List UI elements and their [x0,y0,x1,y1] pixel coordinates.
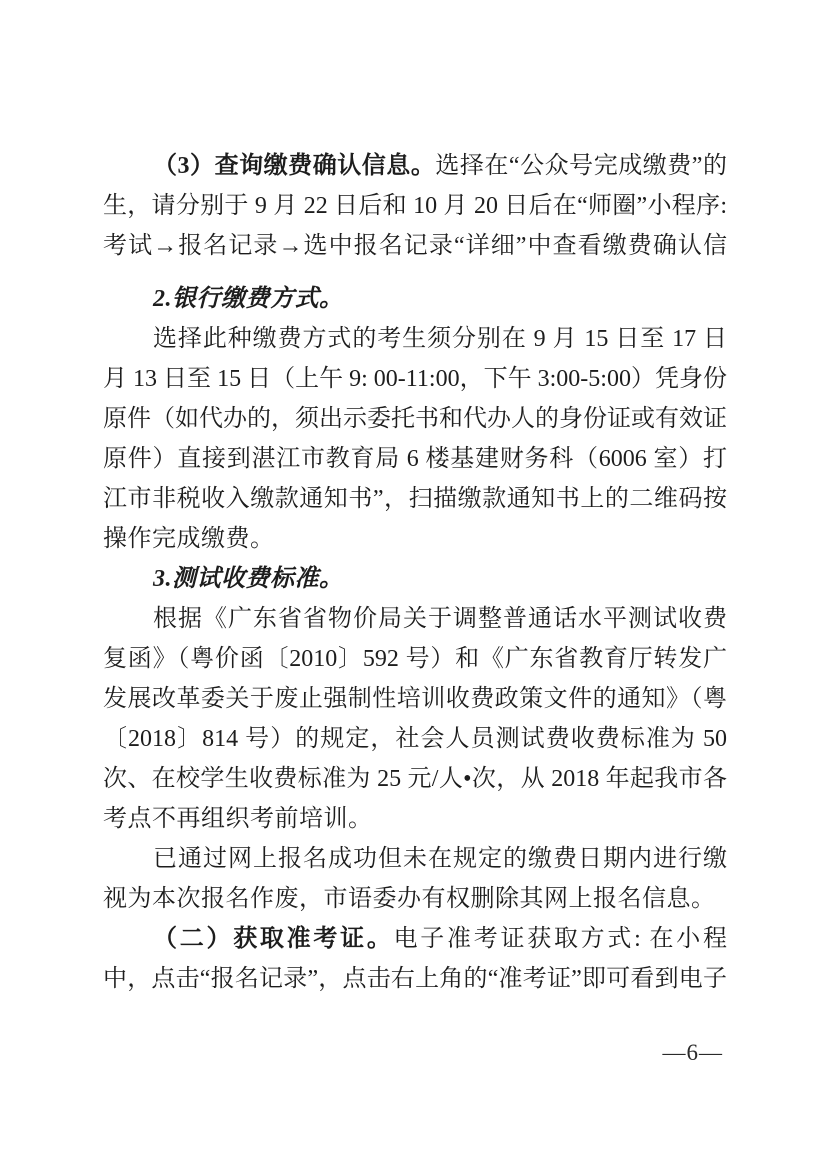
text-run: 发展改革委关于废止强制性培训收费政策文件的通知》（粤教语 [103,686,727,719]
text-run: 月 13 日至 15 日（上午 9: 00-11:00，下午 3:00-5:00… [103,366,727,399]
text-line: 江市非税收入缴款通知书”，扫描缴款通知书上的二维码按要求 [103,479,727,519]
text-run: 视为本次报名作废，市语委办有权删除其网上报名信息。 [103,886,716,912]
text-line: 中，点击“报名记录”，点击右上角的“准考证”即可看到电子 [103,959,727,999]
text-run: 原件）直接到湛江市教育局 6 楼基建财务科（6006 室）打印“湛 [103,446,727,479]
text-run: 江市非税收入缴款通知书”，扫描缴款通知书上的二维码按要求 [103,486,727,519]
text-run: 中，点击“报名记录”，点击右上角的“准考证”即可看到电子 [103,966,727,992]
section-heading: 3.测试收费标准。 [103,559,727,599]
text-run: 〔2018〕814 号）的规定，社会人员测试费收费标准为 50 元/人• [103,726,727,759]
text-line: （3）查询缴费确认信息。选择在“公众号完成缴费”的考 [103,146,727,186]
text-line: 发展改革委关于废止强制性培训收费政策文件的通知》（粤教语 [103,679,727,719]
text-line: 次、在校学生收费标准为 25 元/人•次，从 2018 年起我市各测试 [103,759,727,799]
text-line: 月 13 日至 15 日（上午 9: 00-11:00，下午 3:00-5:00… [103,359,727,399]
section-heading: 2.银行缴费方式。 [103,279,727,319]
text-line: 〔2018〕814 号）的规定，社会人员测试费收费标准为 50 元/人• [103,719,727,759]
document-body: （3）查询缴费确认信息。选择在“公众号完成缴费”的考生，请分别于 9 月 22 … [103,146,727,999]
text-line: 已通过网上报名成功但未在规定的缴费日期内进行缴费的， [103,839,727,879]
text-run: 原件（如代办的，须出示委托书和代办人的身份证或有效证件的 [103,406,727,439]
document-page: （3）查询缴费确认信息。选择在“公众号完成缴费”的考生，请分别于 9 月 22 … [0,0,826,1169]
text-run: 复函》（粤价函〔2010〕592 号）和《广东省教育厅转发广东省 [103,646,727,679]
text-line: 操作完成缴费。 [103,519,727,559]
text-run: 根据《广东省省物价局关于调整普通话水平测试收费标准的 [103,606,727,639]
text-line: 原件（如代办的，须出示委托书和代办人的身份证或有效证件的 [103,399,727,439]
text-line: 生，请分别于 9 月 22 日后和 10 月 20 日后在“师圈”小程序: [103,186,727,226]
text-line: 复函》（粤价函〔2010〕592 号）和《广东省教育厅转发广东省 [103,639,727,679]
text-line: 原件）直接到湛江市教育局 6 楼基建财务科（6006 室）打印“湛 [103,439,727,479]
text-run: 2.银行缴费方式。 [153,286,344,312]
text-run: 考试→报名记录→选中报名记录“详细”中查看缴费确认信息。 [103,233,727,266]
text-run: 3.测试收费标准。 [153,566,344,592]
text-run: （3）查询缴费确认信息。 [153,153,435,179]
text-run: 操作完成缴费。 [103,526,275,552]
text-run: 已通过网上报名成功但未在规定的缴费日期内进行缴费的， [103,846,727,879]
text-line: 考试→报名记录→选中报名记录“详细”中查看缴费确认信息。 [103,226,727,266]
text-run: 次、在校学生收费标准为 25 元/人•次，从 2018 年起我市各测试 [103,766,727,799]
text-line: （二）获取准考证。电子准考证获取方式: 在小程序“师圈” [103,919,727,959]
text-run: 生，请分别于 9 月 22 日后和 10 月 20 日后在“师圈”小程序: [103,193,727,219]
text-line: 选择此种缴费方式的考生须分别在 9 月 15 日至 17 日和 10 [103,319,727,359]
page-number: —6— [663,1040,724,1066]
text-run: 考点不再组织考前培训。 [103,806,373,832]
text-line: 根据《广东省省物价局关于调整普通话水平测试收费标准的 [103,599,727,639]
text-run: （二）获取准考证。 [153,926,394,952]
text-line: 考点不再组织考前培训。 [103,799,727,839]
text-run: 选择此种缴费方式的考生须分别在 9 月 15 日至 17 日和 10 [103,326,727,359]
text-line: 视为本次报名作废，市语委办有权删除其网上报名信息。 [103,879,727,919]
